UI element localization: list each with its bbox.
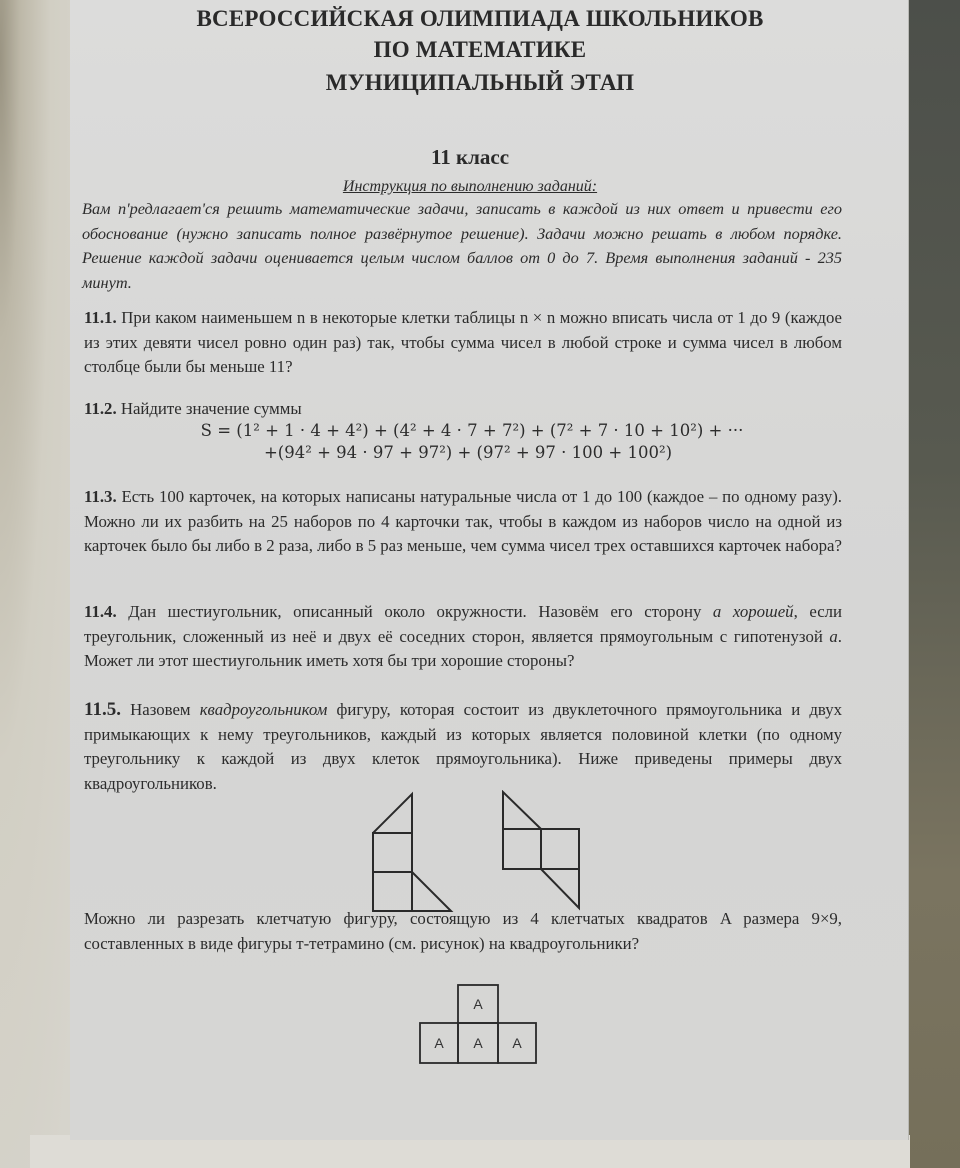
instructions-text: Вам п'редлагает'ся решить математические… — [82, 197, 842, 295]
problem-11-2: 11.2. Найдите значение суммы — [84, 397, 842, 422]
instructions-title: Инструкция по выполнению заданий: — [0, 178, 940, 196]
problem-11-5: 11.5. Назовем квадроугольником фигуру, к… — [84, 698, 842, 796]
side-variable: a — [829, 627, 837, 646]
sum-formula-line-1: S = (1² + 1 · 4 + 4²) + (4² + 4 · 7 + 7²… — [0, 421, 952, 440]
problem-text: При каком наименьшем n в некоторые клетк… — [84, 308, 842, 376]
problem-text: Дан шестиугольник, описанный около окруж… — [128, 602, 713, 621]
problem-11-3: 11.3. Есть 100 карточек, на которых напи… — [84, 485, 842, 559]
problem-11-1: 11.1. При каком наименьшем n в некоторые… — [84, 306, 842, 380]
paper-sheet — [70, 0, 908, 1140]
sum-formula-line-2: +(94² + 94 · 97 + 97²) + (97² + 97 · 100… — [0, 443, 948, 462]
quadrangle-term: квадроугольником — [200, 700, 328, 719]
good-side-term: a хорошей — [713, 602, 794, 621]
problem-number: 11.5. — [84, 699, 121, 720]
problem-number: 11.3. — [84, 487, 117, 506]
problem-text: Найдите значение суммы — [121, 399, 302, 418]
problem-text: Есть 100 карточек, на которых написаны н… — [84, 487, 842, 555]
problem-11-4: 11.4. Дан шестиугольник, описанный около… — [84, 600, 842, 674]
cell-label: A — [434, 1035, 444, 1051]
problem-number: 11.1. — [84, 308, 117, 327]
quadrangle-examples-figure — [350, 790, 610, 920]
problem-number: 11.2. — [84, 399, 117, 418]
grade-heading: 11 класс — [0, 145, 940, 170]
problem-text: Назовем — [130, 700, 200, 719]
t-tetromino-figure: A A A A — [418, 983, 542, 1065]
background-left — [0, 0, 80, 1168]
stage-title: МУНИЦИПАЛЬНЫЙ ЭТАП — [0, 70, 960, 96]
cell-label: A — [473, 996, 483, 1012]
cell-label: A — [473, 1035, 483, 1051]
olympiad-title: ВСЕРОССИЙСКАЯ ОЛИМПИАДА ШКОЛЬНИКОВ — [0, 6, 960, 32]
problem-number: 11.4. — [84, 602, 117, 621]
problem-11-5-question: Можно ли разрезать клетчатую фигуру, сос… — [84, 907, 842, 956]
subject-title: ПО МАТЕМАТИКЕ — [0, 37, 960, 63]
background-right — [905, 0, 960, 1168]
cell-label: A — [512, 1035, 522, 1051]
